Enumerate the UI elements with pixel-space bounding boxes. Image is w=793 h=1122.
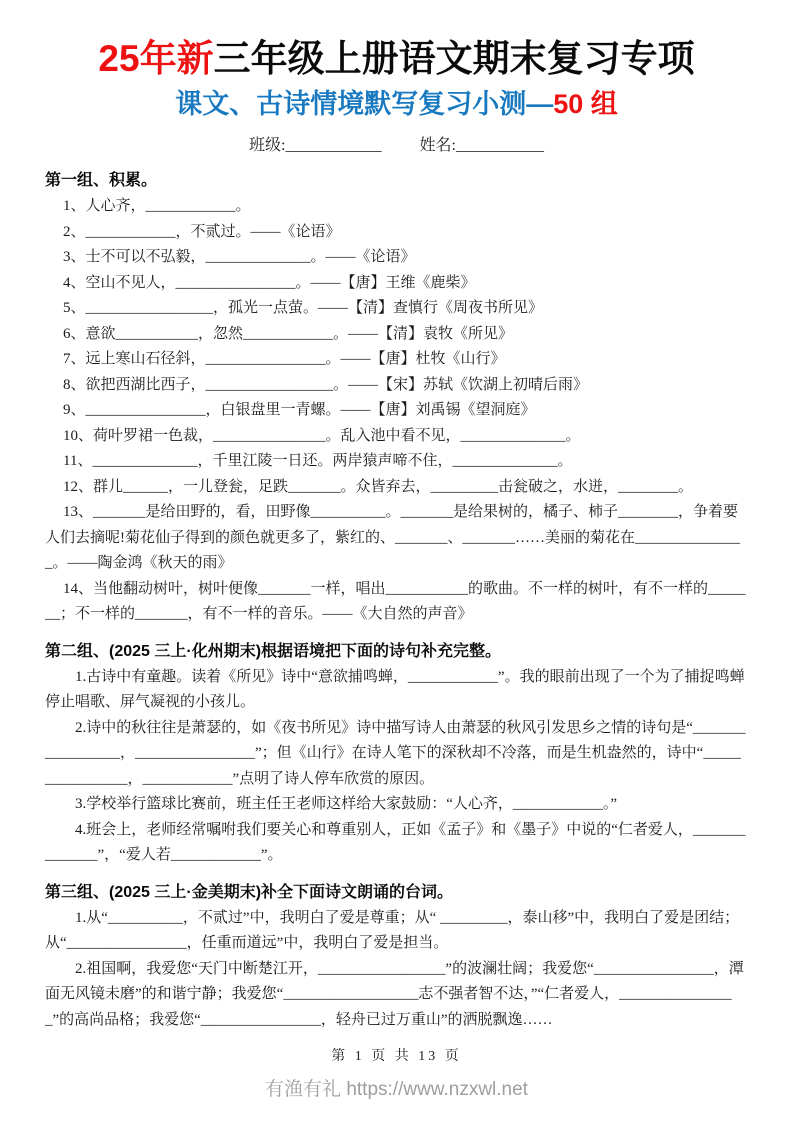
question-item: 1.从“__________，不贰过”中，我明白了爱是尊重；从“ _______… [45,906,748,957]
question-item: 2.祖国啊，我爱您“天门中断楚江开，_________________”的波澜壮… [45,957,748,1034]
section-2-header: 第二组、(2025 三上·化州期末)根据语境把下面的诗句补充完整。 [45,639,748,665]
subtitle-count: 50 组 [553,89,618,119]
question-item: 1、人心齐，____________。 [45,194,748,220]
page-subtitle: 课文、古诗情境默写复习小测—50 组 [45,87,748,122]
question-item: 13、_______是给田野的，看，田野像__________。_______是… [45,500,748,577]
question-item: 4、空山不见人，________________。——【唐】王维《鹿柴》 [45,271,748,297]
title-main-text: 三年级上册语文期末复习专项 [214,38,695,79]
question-item: 6、意欲___________，忽然____________。——【清】袁牧《所… [45,322,748,348]
section-accumulation: 第一组、积累。 1、人心齐，____________。 2、__________… [45,168,748,628]
question-item: 2、____________，不贰过。——《论语》 [45,220,748,246]
title-year-highlight: 25年新 [98,38,213,79]
name-blank: ___________ [456,137,544,154]
question-item: 12、群儿______，一儿登瓮，足跌_______。众皆弃去，________… [45,475,748,501]
section-jinmei-exam: 第三组、(2025 三上·金美期末)补全下面诗文朗诵的台词。 1.从“_____… [45,880,748,1034]
worksheet-page: 25年新三年级上册语文期末复习专项 课文、古诗情境默写复习小测—50 组 班级:… [0,0,793,1101]
watermark-url: 有渔有礼 https://www.nzxwl.net [45,1074,748,1101]
question-item: 11、______________，千里江陵一日还。两岸猿声啼不住，______… [45,449,748,475]
question-item: 3、士不可以不弘毅，______________。——《论语》 [45,245,748,271]
question-item: 14、当他翻动树叶，树叶便像_______一样，唱出___________的歌曲… [45,577,748,628]
name-label: 姓名: [420,137,456,154]
subtitle-text: 课文、古诗情境默写复习小测— [175,89,553,119]
question-item: 8、欲把西湖比西子，_________________。——【宋】苏轼《饮湖上初… [45,373,748,399]
class-label: 班级: [249,137,285,154]
section-huazhou-exam: 第二组、(2025 三上·化州期末)根据语境把下面的诗句补充完整。 1.古诗中有… [45,639,748,869]
section-1-header: 第一组、积累。 [45,168,748,194]
page-number: 第 1 页 共 13 页 [45,1045,748,1065]
question-item: 9、________________，白银盘里一青螺。——【唐】刘禹锡《望洞庭》 [45,398,748,424]
question-item: 10、荷叶罗裙一色裁，_______________。乱入池中看不见，_____… [45,424,748,450]
question-item: 1.古诗中有童趣。读着《所见》诗中“意欲捕鸣蝉，____________”。我的… [45,665,748,716]
question-item: 3.学校举行篮球比赛前，班主任王老师这样给大家鼓励：“人心齐，_________… [45,792,748,818]
question-item: 7、远上寒山石径斜，________________。——【唐】杜牧《山行》 [45,347,748,373]
question-item: 4.班会上，老师经常嘱咐我们要关心和尊重别人，正如《孟子》和《墨子》中说的“仁者… [45,818,748,869]
question-item: 5、_________________，孤光一点萤。——【清】查慎行《周夜书所见… [45,296,748,322]
question-item: 2.诗中的秋往往是萧瑟的，如《夜书所见》诗中描写诗人由萧瑟的秋风引发思乡之情的诗… [45,716,748,793]
class-blank: ____________ [286,137,382,154]
section-3-header: 第三组、(2025 三上·金美期末)补全下面诗文朗诵的台词。 [45,880,748,906]
student-info-line: 班级:____________姓名:___________ [45,135,748,157]
page-title: 25年新三年级上册语文期末复习专项 [45,36,748,82]
